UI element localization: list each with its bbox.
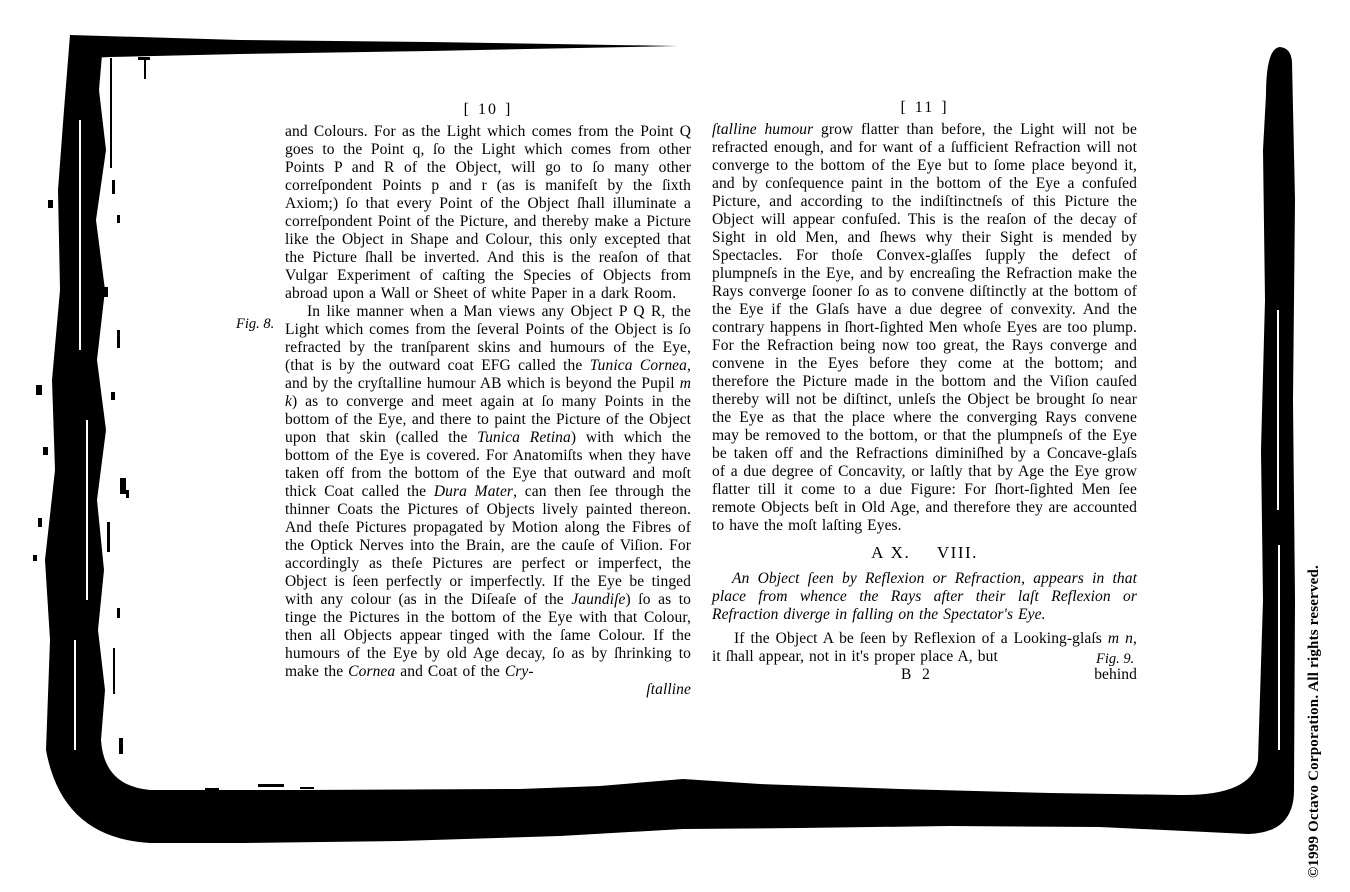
axiom-heading: A X. VIII. xyxy=(712,544,1137,562)
scan-border-top xyxy=(70,35,678,59)
left-paragraph-2: In like manner when a Man views any Obje… xyxy=(285,303,691,681)
fig8-margin-note: Fig. 8. xyxy=(236,316,274,333)
right-paragraph-2: If the Object A be ſeen by Reflexion of … xyxy=(712,630,1137,666)
left-page-number: [ 10 ] xyxy=(285,101,691,119)
book-scan-page: [ 10 ] and Colours. For as the Light whi… xyxy=(0,0,1350,892)
fig9-margin-note: Fig. 9. xyxy=(1096,651,1134,668)
right-catchword: behind xyxy=(933,666,1137,684)
signature-line: B 2 behind xyxy=(712,666,1137,684)
signature-mark: B 2 xyxy=(901,666,933,684)
left-paragraph-1: and Colours. For as the Light which come… xyxy=(285,123,691,303)
right-page: [ 11 ] ſtalline humour grow flatter than… xyxy=(712,99,1137,684)
right-page-number: [ 11 ] xyxy=(712,99,1137,117)
axiom-text: An Object ſeen by Reflexion or Refractio… xyxy=(712,570,1137,624)
left-catchword: ſtalline xyxy=(285,681,691,699)
right-paragraph-1: ſtalline humour grow flatter than before… xyxy=(712,121,1137,535)
copyright-notice: ©1999 Octavo Corporation. All rights res… xyxy=(1306,565,1323,878)
left-page: [ 10 ] and Colours. For as the Light whi… xyxy=(285,101,691,699)
